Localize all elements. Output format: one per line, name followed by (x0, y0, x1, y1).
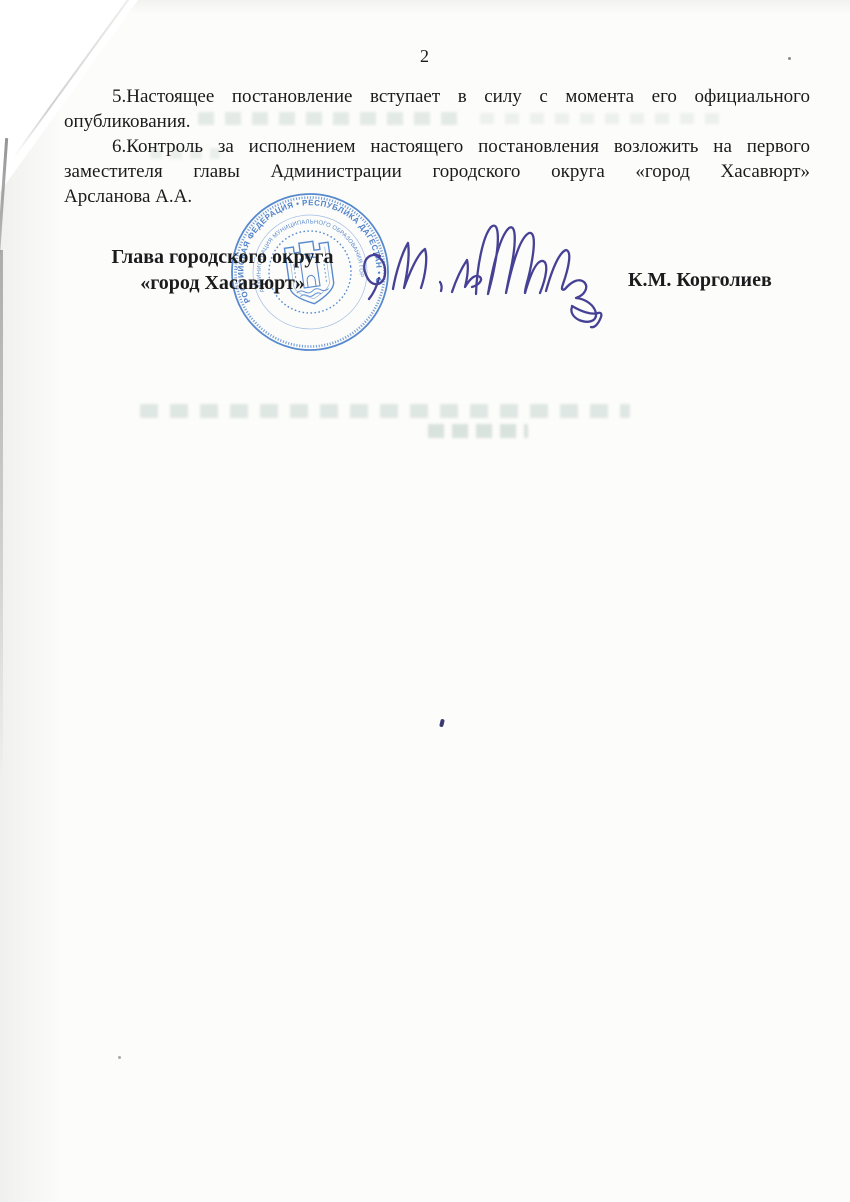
signatory-title-line2: «город Хасавюрт» (95, 270, 350, 296)
paragraph-line: заместителя главы Администрации городско… (64, 159, 810, 184)
handwritten-signature (360, 205, 640, 355)
paragraph-line: опубликования. (64, 109, 810, 134)
paragraph-item-6: 6.Контроль за исполнением настоящего пос… (64, 134, 810, 209)
paragraph-item-5: 5.Настоящее постановление вступает в сил… (64, 84, 810, 134)
stray-ink-mark (439, 719, 445, 728)
page-number: 2 (0, 46, 850, 67)
bleed-through-smudge (428, 424, 528, 438)
scan-left-shadow (0, 0, 70, 1202)
signatory-title-line1: Глава городского округа (95, 244, 350, 270)
paragraph-line: 6.Контроль за исполнением настоящего пос… (64, 134, 810, 159)
signatory-title: Глава городского округа «город Хасавюрт» (95, 244, 350, 296)
scan-speck (118, 1056, 121, 1059)
bleed-through-smudge (140, 404, 630, 418)
paragraph-line: 5.Настоящее постановление вступает в сил… (64, 84, 810, 109)
document-body: 5.Настоящее постановление вступает в сил… (64, 84, 810, 209)
scanned-document-page: 2 5.Настоящее постановление вступает в с… (0, 0, 850, 1202)
scan-left-edge-line (0, 250, 3, 780)
signer-name: К.М. Корголиев (628, 269, 772, 292)
